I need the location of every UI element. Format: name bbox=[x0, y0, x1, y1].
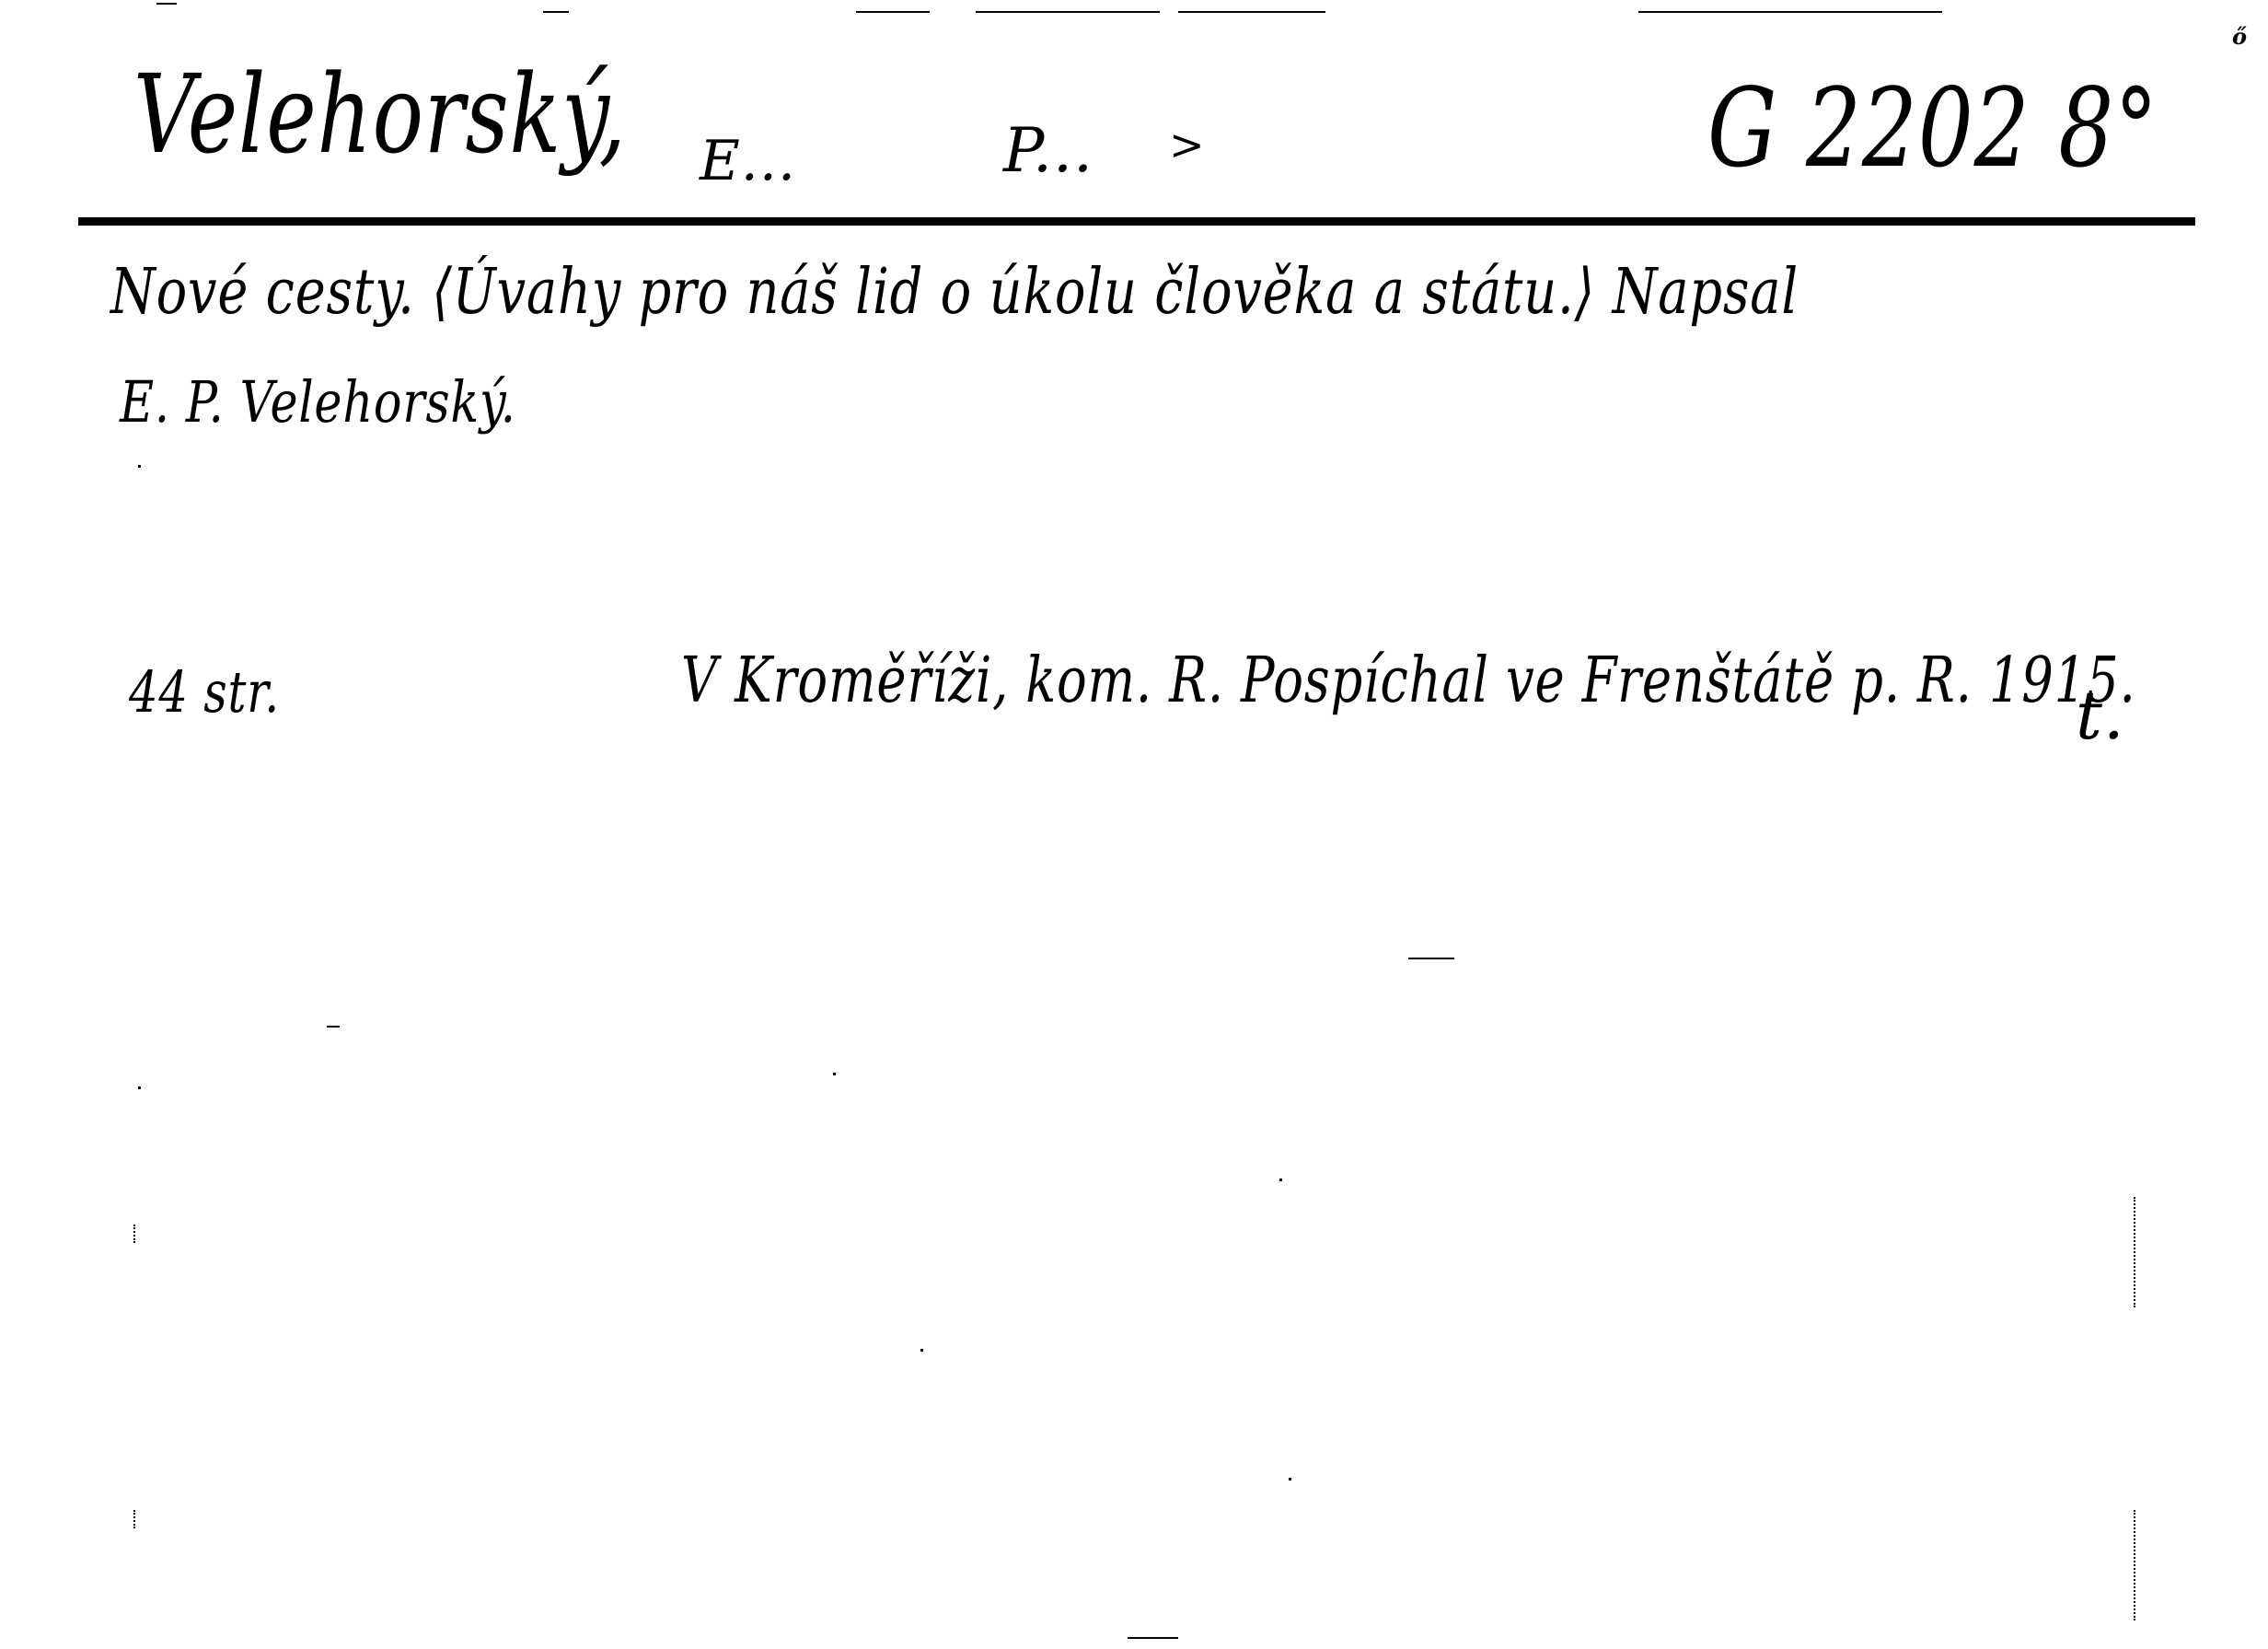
catalog-card: ő Velehorský, E... P... > G 2202 8° Nové… bbox=[0, 0, 2268, 1649]
scan-dot bbox=[1279, 1179, 1282, 1181]
title-line-1: Nové cesty. ⟨Úvahy pro náš lid o úkolu č… bbox=[110, 256, 1799, 329]
t-mark: t. bbox=[2076, 677, 2125, 754]
heading-rule bbox=[78, 217, 2195, 226]
imprint: V Kroměříži, kom. R. Pospíchal ve Frenšt… bbox=[681, 645, 2136, 717]
scan-dot bbox=[138, 1086, 141, 1089]
scan-speck bbox=[1408, 958, 1454, 959]
scan-dotted-line bbox=[2134, 1510, 2137, 1620]
scan-dot bbox=[1289, 1478, 1291, 1481]
shelfmark: G 2202 8° bbox=[1707, 64, 2158, 192]
title-line-2: E. P. Velehorský. bbox=[120, 368, 516, 435]
scan-dotted-line bbox=[133, 1225, 137, 1243]
scan-speck bbox=[976, 11, 1160, 13]
scan-speck bbox=[156, 3, 177, 5]
corner-mark: ő bbox=[2232, 23, 2248, 50]
scan-speck bbox=[1128, 1637, 1178, 1639]
scan-dotted-line bbox=[2134, 1197, 2137, 1307]
author-surname: Velehorský, bbox=[133, 51, 627, 178]
scan-speck bbox=[543, 11, 569, 13]
author-initial-first: E... bbox=[700, 129, 796, 193]
scan-speck bbox=[1178, 11, 1325, 13]
heading-mark: > bbox=[1169, 120, 1206, 169]
scan-dot bbox=[138, 465, 141, 468]
scan-speck bbox=[327, 1026, 340, 1028]
author-initial-second: P... bbox=[1003, 115, 1093, 186]
scan-speck bbox=[1638, 11, 1942, 13]
page-count: 44 str. bbox=[129, 658, 280, 726]
scan-dot bbox=[833, 1073, 836, 1075]
scan-dot bbox=[920, 1349, 923, 1352]
scan-dotted-line bbox=[133, 1510, 137, 1528]
scan-speck bbox=[856, 11, 930, 13]
